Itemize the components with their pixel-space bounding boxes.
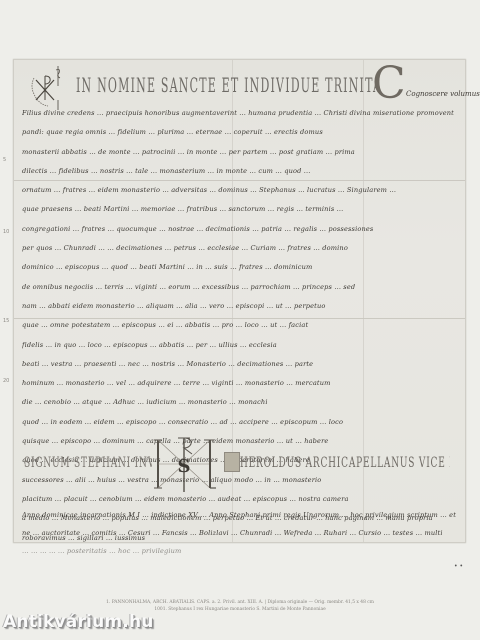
text-line: beati ... vestra ... praesenti ... nec .… [22, 355, 454, 374]
text-line: de omnibus negociis ... terris ... vigin… [22, 278, 454, 297]
text-line: die ... cenobio ... atque ... Adhuc ... … [22, 393, 454, 412]
text-line: fidelis ... in quo ... loco ... episcopu… [22, 336, 454, 355]
signum-regis: SIGNUM STEPHANI INVICTISSIMI REGIS [24, 456, 152, 485]
text-line: quod ... in eodem ... eidem ... episcopo… [22, 413, 454, 432]
watermark-logo: Antikvárium.hu [3, 612, 154, 632]
recognition-line: HEROLDUS ARCHICAPELLANUS VICE DOMINI ARC… [240, 456, 450, 485]
margin-line-number: 20 [3, 378, 9, 384]
book-page: IN NOMINE SANCTE ET INDIVIDUE TRINITATIS… [0, 0, 480, 640]
initial-continuation: Cognoscere volumus omnes fideles [406, 90, 480, 98]
text-line: pandi: quae regia omnis ... fidelium ...… [22, 123, 454, 142]
text-line: dominico ... episcopus ... quod ... beat… [22, 258, 454, 277]
text-line: quae praesens ... beati Martini ... memo… [22, 200, 454, 219]
text-line: ne ... auctoritate ... comitis ... Cesur… [22, 524, 458, 542]
text-line: ... ... ... ... ... posteritatis ... hoc… [22, 542, 458, 560]
signature-row: SIGNUM STEPHANI INVICTISSIMI REGIS S HER… [24, 438, 464, 498]
margin-line-number: 10 [3, 229, 9, 235]
text-line: per quos ... Chunradi ... ... decimation… [22, 239, 454, 258]
svg-text:S: S [178, 456, 191, 477]
text-line: Anno dominicae incarnationis M I ... ind… [22, 506, 458, 524]
initial-letter: C [372, 62, 406, 106]
dating-clause: Anno dominicae incarnationis M I ... ind… [22, 506, 458, 560]
text-line: dilectis ... fidelibus ... nostris ... t… [22, 162, 454, 181]
text-line: nam ... abbati eidem monasterio ... aliq… [22, 297, 454, 316]
punctuation-dots: • • [454, 563, 463, 570]
text-line: hominum ... monasterio ... vel ... adqui… [22, 374, 454, 393]
text-line: monasterii abbatis ... de monte ... patr… [22, 143, 454, 162]
royal-monogram-icon: S [152, 436, 216, 496]
text-line: congregationi ... fratres ... quocumque … [22, 220, 454, 239]
text-line: quae ... omne potestatem ... episcopus .… [22, 316, 454, 335]
charter-parchment: IN NOMINE SANCTE ET INDIVIDUE TRINITATIS… [13, 59, 466, 543]
text-line: ornatum ... fratres ... eidem monasterio… [22, 181, 454, 200]
margin-line-number: 5 [3, 157, 6, 163]
seal-remnant [224, 452, 240, 472]
text-line: Filius divine credens ... praecipuis hon… [22, 104, 454, 123]
plate-caption-line1: 1. PANNONHALMA, ARCH. ABATIALIS. CAPS. a… [0, 600, 480, 605]
margin-line-number: 15 [3, 318, 9, 324]
